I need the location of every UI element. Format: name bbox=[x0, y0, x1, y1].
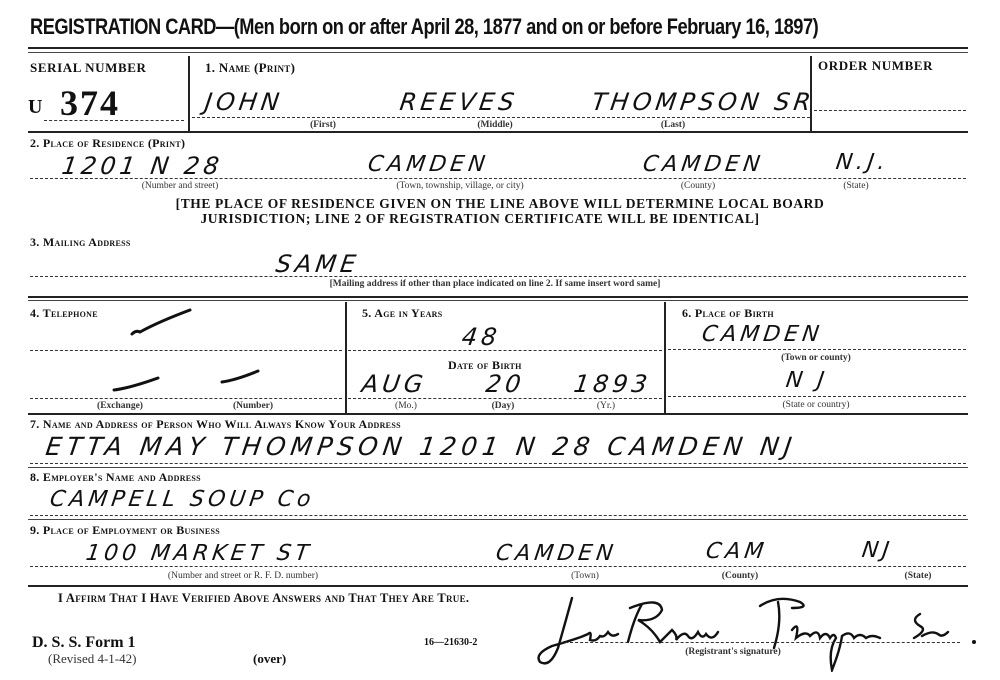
birthplace-line-2 bbox=[668, 396, 966, 397]
dob-day: 20 bbox=[484, 370, 526, 398]
residence-street: 1201 N 28 bbox=[60, 152, 225, 180]
form-revised: (Revised 4-1-42) bbox=[48, 651, 136, 667]
section-rule-thin bbox=[28, 519, 968, 520]
serial-number-label: SERIAL NUMBER bbox=[30, 60, 147, 76]
affirmation-text: I Affirm That I Have Verified Above Answ… bbox=[58, 591, 469, 606]
serial-line bbox=[44, 120, 184, 121]
caption-emp-town: (Town) bbox=[571, 571, 599, 581]
mailing-line bbox=[30, 276, 966, 277]
caption-emp-county: (County) bbox=[722, 571, 758, 581]
serial-prefix: U bbox=[28, 96, 42, 119]
contact-label: 7. Name and Address of Person Who Will A… bbox=[30, 417, 401, 432]
residence-county: CAMDEN bbox=[641, 152, 765, 177]
employment-state: NJ bbox=[860, 538, 894, 563]
caption-day: (Day) bbox=[492, 401, 515, 411]
divider bbox=[810, 56, 812, 132]
residence-notice-line2: JURISDICTION; LINE 2 OF REGISTRATION CER… bbox=[0, 211, 980, 227]
birthplace-label: 6. Place of Birth bbox=[682, 306, 774, 321]
signature-icon bbox=[530, 590, 980, 672]
name-first: JOHN bbox=[203, 88, 285, 116]
caption-emp-state: (State) bbox=[905, 571, 932, 581]
section-rule bbox=[28, 585, 968, 587]
employment-county: CAM bbox=[704, 539, 769, 564]
caption-state-country: (State or country) bbox=[782, 400, 849, 410]
print-code: 16—21630-2 bbox=[424, 637, 477, 648]
order-number-line bbox=[814, 110, 966, 111]
check-mark-icon bbox=[110, 374, 162, 394]
residence-line bbox=[30, 178, 966, 179]
caption-year: (Yr.) bbox=[597, 401, 615, 411]
telephone-label: 4. Telephone bbox=[30, 306, 98, 321]
mailing-value: SAME bbox=[274, 250, 361, 278]
birthplace-line-1 bbox=[668, 349, 966, 350]
employer-line bbox=[30, 515, 966, 516]
contact-line bbox=[30, 463, 966, 464]
caption-state: (State) bbox=[843, 181, 868, 191]
telephone-line-2 bbox=[30, 398, 342, 399]
signature-line bbox=[560, 642, 960, 643]
employment-street: 100 MARKET ST bbox=[84, 541, 314, 566]
caption-town: (Town, township, village, or city) bbox=[396, 181, 523, 191]
divider bbox=[345, 302, 347, 414]
residence-state: N.J. bbox=[834, 150, 890, 175]
caption-last: (Last) bbox=[661, 120, 685, 130]
check-mark-icon bbox=[128, 308, 194, 338]
residence-notice-line1: [THE PLACE OF RESIDENCE GIVEN ON THE LIN… bbox=[0, 196, 1000, 212]
section-rule bbox=[28, 413, 968, 415]
top-rule bbox=[28, 47, 968, 49]
age-label: 5. Age in Years bbox=[362, 306, 443, 321]
section-rule-thin bbox=[28, 300, 968, 301]
name-label: 1. Name (Print) bbox=[205, 60, 295, 76]
order-number-label: ORDER NUMBER bbox=[818, 58, 933, 74]
employer-label: 8. Employer's Name and Address bbox=[30, 470, 201, 485]
caption-first: (First) bbox=[310, 120, 336, 130]
divider bbox=[664, 302, 666, 414]
dob-line bbox=[348, 398, 662, 399]
caption-county: (County) bbox=[681, 181, 715, 191]
caption-number: (Number) bbox=[233, 401, 273, 411]
dob-month: AUG bbox=[360, 370, 429, 398]
dob-year: 1893 bbox=[572, 370, 653, 398]
name-last: THOMPSON SR bbox=[590, 88, 816, 116]
mailing-caption: [Mailing address if other than place ind… bbox=[330, 279, 661, 289]
section-rule bbox=[28, 296, 968, 298]
contact-value: ETTA MAY THOMPSON 1201 N 28 CAMDEN NJ bbox=[44, 432, 799, 461]
age-line bbox=[348, 350, 662, 351]
employment-town: CAMDEN bbox=[494, 541, 618, 566]
divider bbox=[188, 56, 190, 132]
caption-street: (Number and street) bbox=[142, 181, 219, 191]
caption-town-county: (Town or county) bbox=[781, 353, 851, 363]
caption-emp-street: (Number and street or R. F. D. number) bbox=[168, 571, 318, 581]
section-rule bbox=[28, 131, 968, 133]
top-rule-thin bbox=[28, 52, 968, 53]
age-value: 48 bbox=[460, 323, 502, 351]
caption-exchange: (Exchange) bbox=[97, 401, 143, 411]
name-middle: REEVES bbox=[398, 88, 520, 116]
caption-middle: (Middle) bbox=[477, 120, 512, 130]
employer-value: CAMPELL SOUP Co bbox=[48, 487, 316, 512]
caption-month: (Mo.) bbox=[395, 401, 417, 411]
serial-number-value: 374 bbox=[60, 82, 120, 124]
card-title: REGISTRATION CARD—(Men born on or after … bbox=[30, 14, 818, 40]
birthplace-state: N J bbox=[784, 368, 829, 393]
form-number: D. S. S. Form 1 bbox=[32, 634, 136, 652]
signature-caption: (Registrant's signature) bbox=[685, 647, 781, 657]
residence-town: CAMDEN bbox=[366, 152, 490, 177]
check-mark-icon bbox=[218, 368, 262, 386]
over-label: (over) bbox=[253, 651, 286, 667]
name-line bbox=[192, 117, 810, 118]
telephone-line-1 bbox=[30, 350, 342, 351]
birthplace-town: CAMDEN bbox=[700, 322, 824, 347]
section-rule-thin bbox=[28, 467, 968, 468]
employment-label: 9. Place of Employment or Business bbox=[30, 523, 220, 538]
residence-label: 2. Place of Residence (Print) bbox=[30, 136, 185, 151]
employment-line bbox=[30, 566, 966, 567]
mailing-label: 3. Mailing Address bbox=[30, 235, 131, 250]
